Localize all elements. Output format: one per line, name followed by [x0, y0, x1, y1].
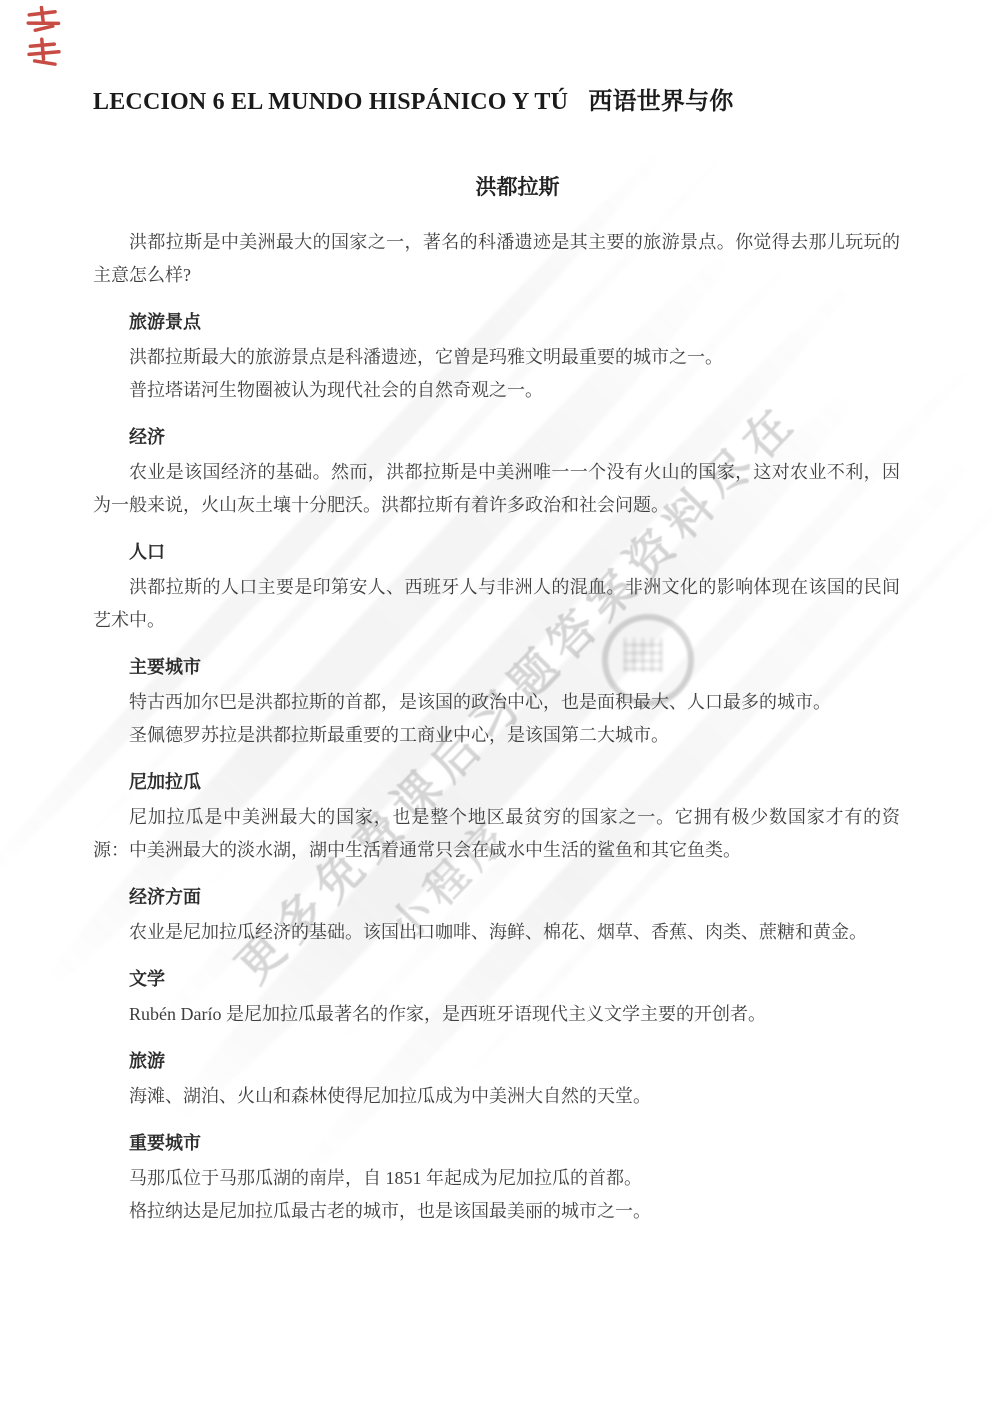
section-heading: 经济 — [93, 425, 900, 449]
section-paragraph: 洪都拉斯的人口主要是印第安人、西班牙人与非洲人的混血。非洲文化的影响体现在该国的… — [93, 571, 900, 637]
section-heading: 尼加拉瓜 — [93, 770, 900, 794]
section-paragraph: 农业是该国经济的基础。然而，洪都拉斯是中美洲唯一一个没有火山的国家，这对农业不利… — [93, 456, 900, 522]
document-section: 经济 农业是该国经济的基础。然而，洪都拉斯是中美洲唯一一个没有火山的国家，这对农… — [93, 425, 900, 522]
document-section: 旅游 海滩、湖泊、火山和森林使得尼加拉瓜成为中美洲大自然的天堂。 — [93, 1049, 900, 1113]
page-title: LECCION 6 EL MUNDO HISPÁNICO Y TÚ 西语世界与你 — [93, 88, 900, 117]
section-paragraph: 圣佩德罗苏拉是洪都拉斯最重要的工商业中心，是该国第二大城市。 — [93, 719, 900, 752]
document-page: 更多免费课后习题答案资料尽在 小程序 LECCION 6 EL MUNDO HI… — [0, 0, 992, 1403]
section-paragraph: 农业是尼加拉瓜经济的基础。该国出口咖啡、海鲜、棉花、烟草、香蕉、肉类、蔗糖和黄金… — [93, 916, 900, 949]
section-paragraph: 洪都拉斯最大的旅游景点是科潘遗迹，它曾是玛雅文明最重要的城市之一。 — [93, 341, 900, 374]
document-section: 经济方面 农业是尼加拉瓜经济的基础。该国出口咖啡、海鲜、棉花、烟草、香蕉、肉类、… — [93, 885, 900, 949]
section-paragraph: 普拉塔诺河生物圈被认为现代社会的自然奇观之一。 — [93, 374, 900, 407]
section-paragraph: 特古西加尔巴是洪都拉斯的首都，是该国的政治中心，也是面积最大、人口最多的城市。 — [93, 686, 900, 719]
document-section: 旅游景点 洪都拉斯最大的旅游景点是科潘遗迹，它曾是玛雅文明最重要的城市之一。普拉… — [93, 310, 900, 407]
document-section: 人口 洪都拉斯的人口主要是印第安人、西班牙人与非洲人的混血。非洲文化的影响体现在… — [93, 540, 900, 637]
section-heading: 文学 — [93, 967, 900, 991]
section-paragraph: Rubén Darío 是尼加拉瓜最著名的作家，是西班牙语现代主义文学主要的开创… — [93, 998, 900, 1031]
document-section: 主要城市 特古西加尔巴是洪都拉斯的首都，是该国的政治中心，也是面积最大、人口最多… — [93, 655, 900, 752]
section-heading: 主要城市 — [93, 655, 900, 679]
section-paragraph: 马那瓜位于马那瓜湖的南岸，自 1851 年起成为尼加拉瓜的首都。 — [93, 1162, 900, 1195]
section-paragraph: 尼加拉瓜是中美洲最大的国家，也是整个地区最贫穷的国家之一。它拥有极少数国家才有的… — [93, 801, 900, 867]
page-title-cjk: 西语世界与你 — [588, 89, 733, 115]
red-stamp-icon — [24, 6, 66, 70]
document-section: 文学 Rubén Darío 是尼加拉瓜最著名的作家，是西班牙语现代主义文学主要… — [93, 967, 900, 1031]
section-heading: 人口 — [93, 540, 900, 564]
section-paragraph: 格拉纳达是尼加拉瓜最古老的城市，也是该国最美丽的城市之一。 — [93, 1195, 900, 1228]
intro-paragraph: 洪都拉斯是中美洲最大的国家之一，著名的科潘遗迹是其主要的旅游景点。你觉得去那儿玩… — [93, 226, 900, 292]
document-section: 尼加拉瓜 尼加拉瓜是中美洲最大的国家，也是整个地区最贫穷的国家之一。它拥有极少数… — [93, 770, 900, 867]
section-heading: 重要城市 — [93, 1131, 900, 1155]
section-paragraph: 海滩、湖泊、火山和森林使得尼加拉瓜成为中美洲大自然的天堂。 — [93, 1080, 900, 1113]
page-title-latin: LECCION 6 EL MUNDO HISPÁNICO Y TÚ — [93, 89, 568, 115]
sections-container: 旅游景点 洪都拉斯最大的旅游景点是科潘遗迹，它曾是玛雅文明最重要的城市之一。普拉… — [93, 310, 900, 1228]
document-body: LECCION 6 EL MUNDO HISPÁNICO Y TÚ 西语世界与你… — [0, 88, 992, 1228]
section-heading: 旅游 — [93, 1049, 900, 1073]
document-section: 重要城市 马那瓜位于马那瓜湖的南岸，自 1851 年起成为尼加拉瓜的首都。格拉纳… — [93, 1131, 900, 1228]
section-heading: 旅游景点 — [93, 310, 900, 334]
section-heading: 经济方面 — [93, 885, 900, 909]
page-subtitle: 洪都拉斯 — [93, 175, 900, 201]
